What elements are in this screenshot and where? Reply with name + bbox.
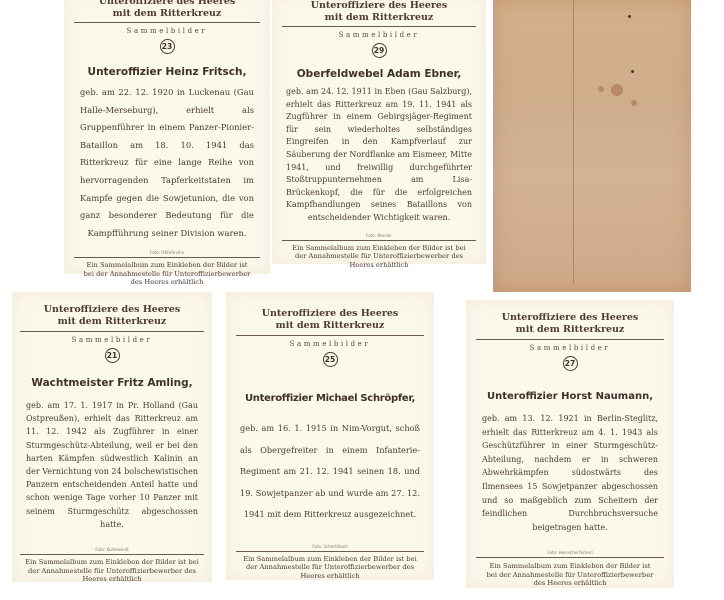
- card-back-aged-paper: [493, 0, 691, 292]
- photo-credit: Foto: Bessler: [282, 233, 476, 238]
- album-notice: Ein Sammelalbum zum Einkleben der Bilder…: [236, 555, 424, 581]
- biography-text: geb. am 16. 1. 1915 in Nim-Vorgut, schoß…: [236, 418, 424, 526]
- divider: [282, 26, 476, 27]
- series-line-2: mit dem Ritterkreuz: [74, 8, 260, 20]
- biography-text: geb. am 24. 12. 1911 in Eben (Gau Salzbu…: [282, 86, 476, 225]
- series-title: Unteroffiziere des Heeres mit dem Ritter…: [74, 0, 260, 20]
- stain: [598, 86, 604, 92]
- stain: [611, 84, 623, 96]
- sammelbilder-label: Sammelbilder: [20, 336, 204, 344]
- card-number-badge: 29: [372, 43, 387, 58]
- sammelbilder-label: Sammelbilder: [476, 344, 664, 352]
- stain: [631, 100, 637, 106]
- album-notice: Ein Sammelalbum zum Einkleben der Bilder…: [20, 558, 204, 584]
- series-line-2: mit dem Ritterkreuz: [20, 316, 204, 328]
- fold-line: [573, 0, 574, 284]
- divider: [74, 22, 260, 23]
- photo-credit: Foto: OKH/Archiv: [74, 250, 260, 255]
- series-title: Unteroffiziere des Heeres mit dem Ritter…: [20, 304, 204, 328]
- collector-card-21: Unteroffiziere des Heeres mit dem Ritter…: [12, 292, 212, 582]
- series-line-1: Unteroffiziere des Heeres: [282, 0, 476, 12]
- biography-text: geb. am 13. 12. 1921 in Berlin-Steglitz,…: [476, 412, 664, 534]
- card-number-badge: 25: [323, 352, 338, 367]
- collector-card-29: Unteroffiziere des Heeres mit dem Ritter…: [272, 0, 486, 264]
- series-line-1: Unteroffiziere des Heeres: [20, 304, 204, 316]
- divider: [282, 240, 476, 241]
- divider: [20, 331, 204, 332]
- divider: [74, 257, 260, 258]
- card-number-badge: 23: [160, 39, 175, 54]
- soldier-name: Oberfeldwebel Adam Ebner,: [282, 68, 476, 80]
- series-title: Unteroffiziere des Heeres mit dem Ritter…: [282, 0, 476, 24]
- photo-credit: Foto: Scherl/Hoeil: [236, 544, 424, 549]
- series-line-2: mit dem Ritterkreuz: [476, 324, 664, 336]
- divider: [20, 554, 204, 555]
- series-title: Unteroffiziere des Heeres mit dem Ritter…: [236, 308, 424, 332]
- stain: [628, 15, 631, 18]
- sammelbilder-label: Sammelbilder: [236, 340, 424, 348]
- series-line-1: Unteroffiziere des Heeres: [74, 0, 260, 8]
- card-number-badge: 27: [563, 356, 578, 371]
- collector-card-27: Unteroffiziere des Heeres mit dem Ritter…: [466, 300, 674, 588]
- soldier-name: Wachtmeister Fritz Amling,: [20, 377, 204, 389]
- sammelbilder-label: Sammelbilder: [74, 27, 260, 35]
- series-line-1: Unteroffiziere des Heeres: [236, 308, 424, 320]
- collector-card-25: Unteroffiziere des Heeres mit dem Ritter…: [226, 292, 434, 580]
- soldier-name: Unteroffizier Heinz Fritsch,: [74, 66, 260, 78]
- series-line-1: Unteroffiziere des Heeres: [476, 312, 664, 324]
- series-line-2: mit dem Ritterkreuz: [282, 12, 476, 24]
- soldier-name: Unteroffizier Horst Naumann,: [476, 391, 664, 402]
- biography-text: geb. am 22. 12. 1920 in Luckenau (Gau Ha…: [74, 84, 260, 242]
- series-title: Unteroffiziere des Heeres mit dem Ritter…: [476, 312, 664, 336]
- soldier-name: Unteroffizier Michael Schröpfer,: [236, 393, 424, 404]
- divider: [476, 339, 664, 340]
- biography-text: geb. am 17. 1. 1917 in Pr. Holland (Gau …: [20, 399, 204, 531]
- album-notice: Ein Sammelalbum zum Einkleben der Bilder…: [476, 562, 664, 588]
- collector-card-23: Unteroffiziere des Heeres mit dem Ritter…: [64, 0, 270, 274]
- sammelbilder-label: Sammelbilder: [282, 31, 476, 39]
- album-notice: Ein Sammelalbum zum Einkleben der Bilder…: [74, 261, 260, 287]
- card-number-badge: 21: [105, 348, 120, 363]
- photo-credit: Foto: Heinscher/Scherl: [476, 550, 664, 555]
- series-line-2: mit dem Ritterkreuz: [236, 320, 424, 332]
- divider: [236, 335, 424, 336]
- photo-credit: Foto: Kuhlewindt: [20, 547, 204, 552]
- stain: [631, 70, 634, 73]
- divider: [236, 551, 424, 552]
- divider: [476, 557, 664, 558]
- album-notice: Ein Sammelalbum zum Einkleben der Bilder…: [282, 244, 476, 270]
